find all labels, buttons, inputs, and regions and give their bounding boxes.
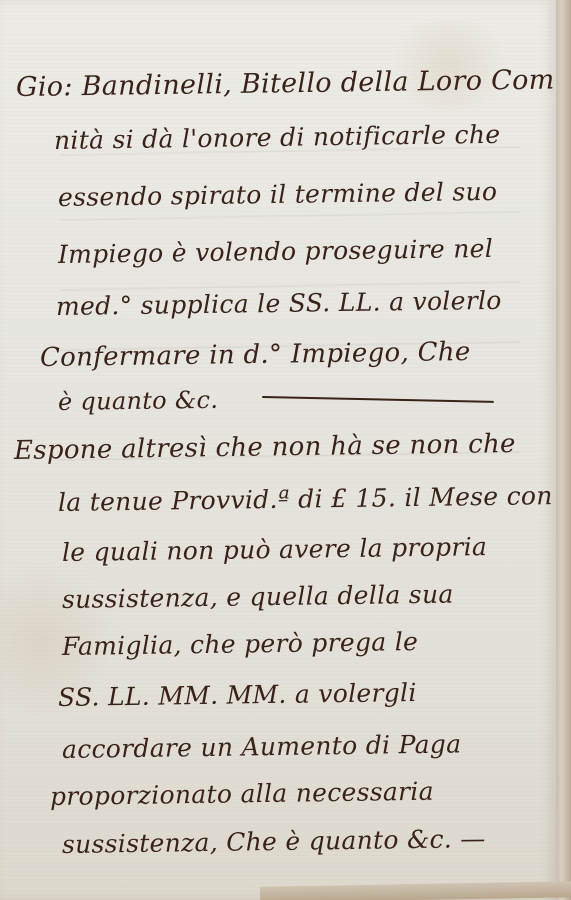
page-edge (556, 0, 571, 900)
manuscript-line: è quanto &c. (58, 386, 219, 416)
manuscript-line: SS. LL. MM. MM. a volergli (58, 678, 417, 712)
line-filler-stroke (262, 396, 494, 403)
manuscript-line: Impiego è volendo proseguire nel (58, 234, 493, 269)
manuscript-line: med.° supplica le SS. LL. a volerlo (56, 286, 502, 321)
manuscript-line: Famiglia, che però prega le (62, 627, 419, 661)
manuscript-line: essendo spirato il termine del suo (58, 177, 498, 212)
manuscript-line: sussistenza, e quella della sua (62, 580, 454, 614)
manuscript-line: Confermare in d.° Impiego, Che (40, 337, 471, 373)
manuscript-line: nità si dà l'onore di notificarle che (54, 120, 501, 155)
manuscript-line: le quali non può avere la propria (62, 532, 487, 567)
manuscript-line: accordare un Aumento di Paga (62, 729, 462, 764)
manuscript-line: sussistenza, Che è quanto &c. — (62, 824, 486, 859)
ink-bleed-through (60, 211, 520, 221)
manuscript-page: Gio: Bandinelli, Bitello della Loro Comu… (0, 0, 556, 900)
manuscript-line: la tenue Provvid.ª di £ 15. il Mese con (58, 481, 553, 517)
manuscript-line: Espone altresì che non hà se non che (14, 429, 516, 466)
manuscript-line: proporzionato alla necessaria (50, 777, 434, 811)
